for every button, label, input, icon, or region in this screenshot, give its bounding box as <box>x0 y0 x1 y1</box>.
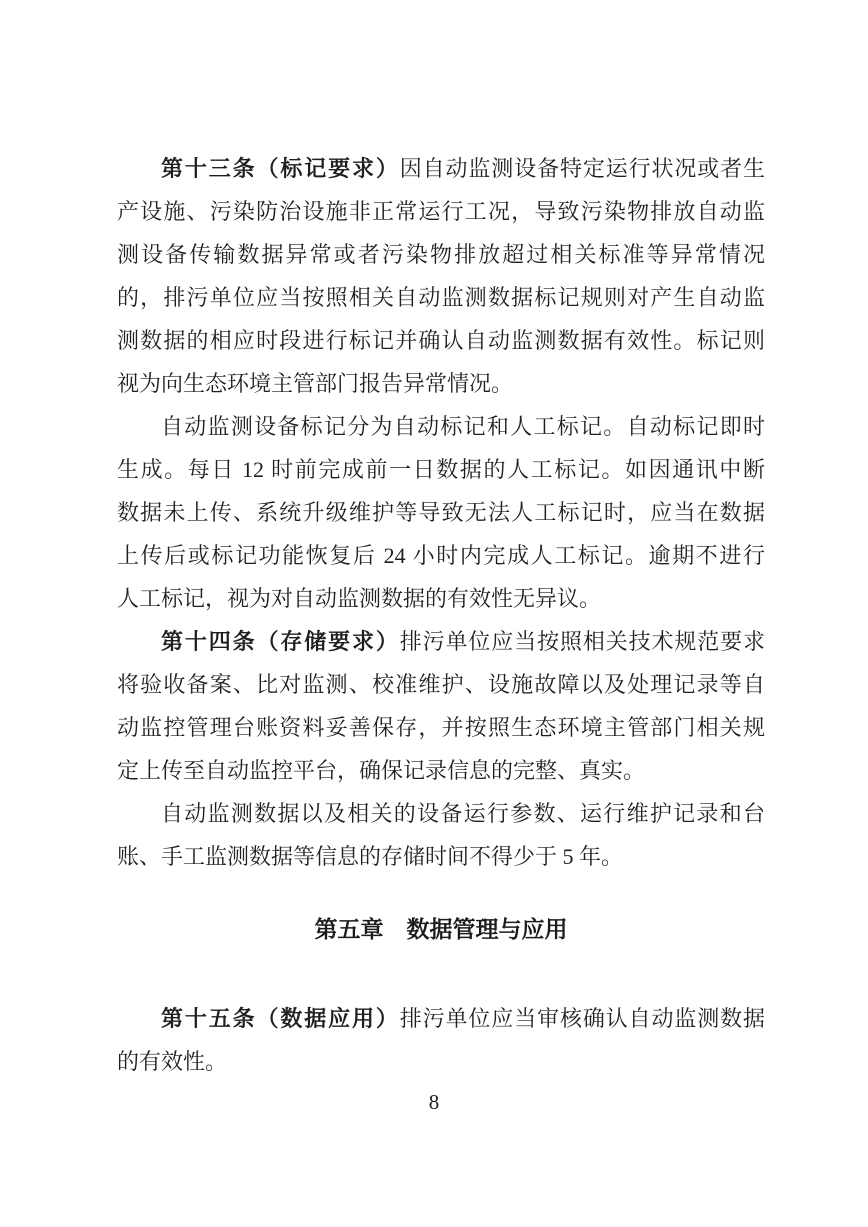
text-line: 自动监测数据以及相关的设备运行参数、运行维护记录和台 <box>117 792 765 835</box>
body-text: 自动监测数据以及相关的设备运行参数、运行维护记录和台 <box>161 801 765 826</box>
article-14-paragraph: 第十四条（存储要求）排污单位应当按照相关技术规范要求将验收备案、比对监测、校准维… <box>117 620 765 792</box>
article-title: 第十四条（存储要求） <box>161 629 400 654</box>
text-line: 第十三条（标记要求）因自动监测设备特定运行状况或者生 <box>117 147 765 190</box>
text-line: 定上传至自动监控平台，确保记录信息的完整、真实。 <box>117 749 765 792</box>
text-line: 的，排污单位应当按照相关自动监测数据标记规则对产生自动监 <box>117 276 765 319</box>
page-number: 8 <box>0 1090 868 1115</box>
article-title: 第十三条（标记要求） <box>161 156 400 181</box>
text-line: 第十四条（存储要求）排污单位应当按照相关技术规范要求 <box>117 620 765 663</box>
text-line: 的有效性。 <box>117 1040 765 1083</box>
body-text: 因自动监测设备特定运行状况或者生 <box>400 156 765 181</box>
body-text: 产设施、污染防治设施非正常运行工况，导致污染物排放自动监 <box>117 199 765 224</box>
text-line: 数据未上传、系统升级维护等导致无法人工标记时，应当在数据 <box>117 491 765 534</box>
marking-rules-paragraph: 自动监测设备标记分为自动标记和人工标记。自动标记即时生成。每日 12 时前完成前… <box>117 405 765 620</box>
text-line: 视为向生态环境主管部门报告异常情况。 <box>117 362 765 405</box>
body-text: 账、手工监测数据等信息的存储时间不得少于 5 年。 <box>117 844 623 869</box>
text-line: 测数据的相应时段进行标记并确认自动监测数据有效性。标记则 <box>117 319 765 362</box>
article-15-paragraph: 第十五条（数据应用）排污单位应当审核确认自动监测数据的有效性。 <box>117 997 765 1083</box>
body-text: 将验收备案、比对监测、校准维护、设施故障以及处理记录等自 <box>117 672 765 697</box>
text-line: 上传后或标记功能恢复后 24 小时内完成人工标记。逾期不进行 <box>117 534 765 577</box>
text-line: 产设施、污染防治设施非正常运行工况，导致污染物排放自动监 <box>117 190 765 233</box>
body-text: 数据未上传、系统升级维护等导致无法人工标记时，应当在数据 <box>117 500 765 525</box>
document-body: 第十三条（标记要求）因自动监测设备特定运行状况或者生产设施、污染防治设施非正常运… <box>117 147 765 1083</box>
body-text: 排污单位应当按照相关技术规范要求 <box>400 629 765 654</box>
body-text: 的，排污单位应当按照相关自动监测数据标记规则对产生自动监 <box>117 285 765 310</box>
body-text: 自动监测设备标记分为自动标记和人工标记。自动标记即时 <box>161 414 765 439</box>
article-13-paragraph: 第十三条（标记要求）因自动监测设备特定运行状况或者生产设施、污染防治设施非正常运… <box>117 147 765 405</box>
body-text: 测数据的相应时段进行标记并确认自动监测数据有效性。标记则 <box>117 328 765 353</box>
body-text: 定上传至自动监控平台，确保记录信息的完整、真实。 <box>117 758 645 783</box>
body-text: 生成。每日 12 时前完成前一日数据的人工标记。如因通讯中断 <box>117 457 765 482</box>
document-page: 第十三条（标记要求）因自动监测设备特定运行状况或者生产设施、污染防治设施非正常运… <box>0 0 868 1227</box>
text-line: 第十五条（数据应用）排污单位应当审核确认自动监测数据 <box>117 997 765 1040</box>
text-line: 测设备传输数据异常或者污染物排放超过相关标准等异常情况 <box>117 233 765 276</box>
body-text: 动监控管理台账资料妥善保存，并按照生态环境主管部门相关规 <box>117 715 765 740</box>
body-text: 人工标记，视为对自动监测数据的有效性无异议。 <box>117 586 601 611</box>
text-line: 将验收备案、比对监测、校准维护、设施故障以及处理记录等自 <box>117 663 765 706</box>
text-line: 生成。每日 12 时前完成前一日数据的人工标记。如因通讯中断 <box>117 448 765 491</box>
body-text: 排污单位应当审核确认自动监测数据 <box>400 1006 765 1031</box>
text-line: 自动监测设备标记分为自动标记和人工标记。自动标记即时 <box>117 405 765 448</box>
body-text: 上传后或标记功能恢复后 24 小时内完成人工标记。逾期不进行 <box>117 543 765 568</box>
text-line: 动监控管理台账资料妥善保存，并按照生态环境主管部门相关规 <box>117 706 765 749</box>
body-text: 测设备传输数据异常或者污染物排放超过相关标准等异常情况 <box>117 242 765 267</box>
text-line: 人工标记，视为对自动监测数据的有效性无异议。 <box>117 577 765 620</box>
body-text: 视为向生态环境主管部门报告异常情况。 <box>117 371 513 396</box>
article-title: 第十五条（数据应用） <box>161 1006 400 1031</box>
storage-duration-paragraph: 自动监测数据以及相关的设备运行参数、运行维护记录和台账、手工监测数据等信息的存储… <box>117 792 765 878</box>
chapter-5-heading: 第五章 数据管理与应用 <box>117 908 765 951</box>
body-text: 的有效性。 <box>117 1049 227 1074</box>
text-line: 账、手工监测数据等信息的存储时间不得少于 5 年。 <box>117 835 765 878</box>
